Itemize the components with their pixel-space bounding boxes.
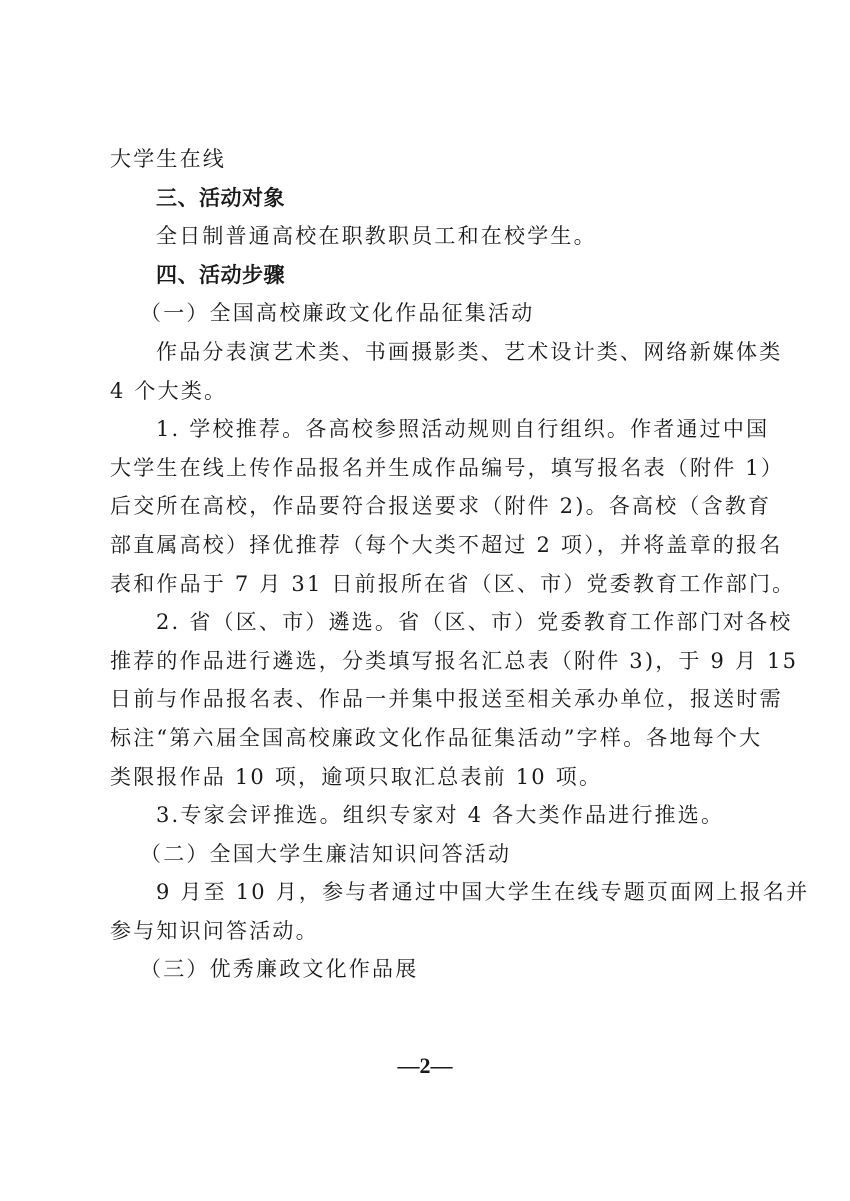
subsection-heading-2: （二）全国大学生廉洁知识问答活动 [110, 835, 740, 874]
document-body: 大学生在线 三、活动对象 全日制普通高校在职教职员工和在校学生。 四、活动步骤 … [110, 140, 740, 989]
paragraph-line: 后交所在高校，作品要符合报送要求（附件 2)。各高校（含教育 [110, 487, 740, 526]
paragraph-line: 大学生在线上传作品报名并生成作品编号，填写报名表（附件 1） [110, 449, 740, 488]
page-number: —2— [0, 1053, 850, 1079]
section-heading-3: 三、活动对象 [110, 179, 740, 218]
paragraph-line: 类限报作品 10 项，逾项只取汇总表前 10 项。 [110, 758, 740, 797]
paragraph-line: 3.专家会评推选。组织专家对 4 各大类作品进行推选。 [110, 796, 740, 835]
paragraph-line: 4 个大类。 [110, 372, 740, 411]
text-line: 大学生在线 [110, 140, 740, 179]
paragraph-line: 9 月至 10 月，参与者通过中国大学生在线专题页面网上报名并 [110, 873, 740, 912]
paragraph-line: 1. 学校推荐。各高校参照活动规则自行组织。作者通过中国 [110, 410, 740, 449]
paragraph-line: 参与知识问答活动。 [110, 912, 740, 951]
paragraph-line: 表和作品于 7 月 31 日前报所在省（区、市）党委教育工作部门。 [110, 565, 740, 604]
section-heading-4: 四、活动步骤 [110, 256, 740, 295]
paragraph-line: 部直属高校）择优推荐（每个大类不超过 2 项），并将盖章的报名 [110, 526, 740, 565]
paragraph-line: 推荐的作品进行遴选，分类填写报名汇总表（附件 3)，于 9 月 15 [110, 642, 740, 681]
paragraph-line: 作品分表演艺术类、书画摄影类、艺术设计类、网络新媒体类 [110, 333, 740, 372]
paragraph-line: 标注“第六届全国高校廉政文化作品征集活动”字样。各地每个大 [110, 719, 740, 758]
paragraph-line: 全日制普通高校在职教职员工和在校学生。 [110, 217, 740, 256]
paragraph-line: 2. 省（区、市）遴选。省（区、市）党委教育工作部门对各校 [110, 603, 740, 642]
subsection-heading-3: （三）优秀廉政文化作品展 [110, 950, 740, 989]
subsection-heading-1: （一）全国高校廉政文化作品征集活动 [110, 294, 740, 333]
paragraph-line: 日前与作品报名表、作品一并集中报送至相关承办单位，报送时需 [110, 680, 740, 719]
